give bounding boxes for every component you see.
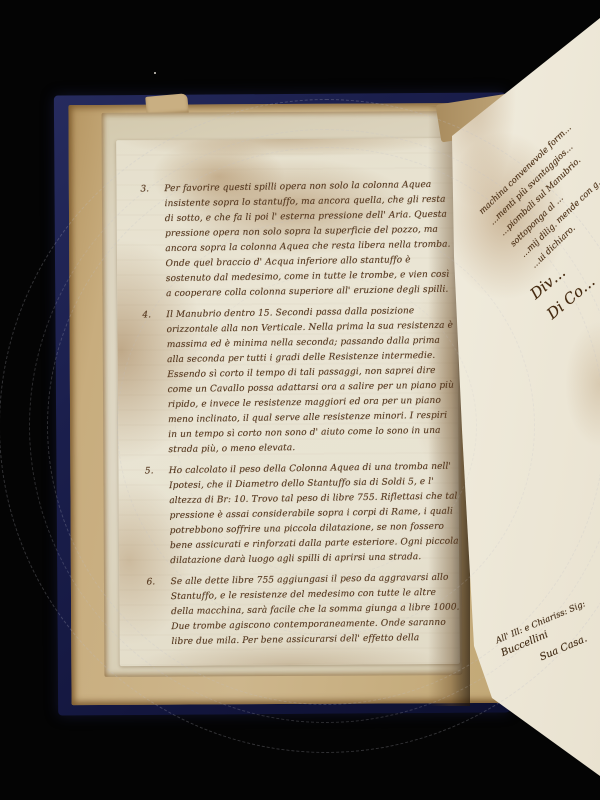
paragraph-text: Il Manubrio dentro 15. Secondi passa dal…: [166, 304, 458, 459]
manuscript-photo: 3. Per favorire questi spilli opera non …: [0, 0, 600, 800]
letter-text-block: 3. Per favorire questi spilli opera non …: [140, 178, 461, 657]
paragraph-4: 4. Il Manubrio dentro 15. Secondi passa …: [142, 304, 458, 459]
dust-speck: [154, 72, 156, 74]
paragraph-number: 6.: [146, 575, 171, 650]
paragraph-3: 3. Per favorire questi spilli opera non …: [140, 178, 456, 303]
paragraph-text: Per favorire questi spilli opera non sol…: [164, 178, 456, 303]
paragraph-number: 4.: [142, 308, 168, 458]
paragraph-text: Ho calcolato il peso della Colonna Aquea…: [169, 460, 461, 570]
paragraph-number: 5.: [145, 464, 171, 569]
paragraph-text: Se alle dette libre 755 aggiungasi il pe…: [170, 571, 461, 651]
paragraph-number: 3.: [140, 182, 166, 302]
paragraph-6: 6. Se alle dette libre 755 aggiungasi il…: [146, 571, 461, 651]
paragraph-5: 5. Ho calcolato il peso della Colonna Aq…: [145, 460, 461, 570]
